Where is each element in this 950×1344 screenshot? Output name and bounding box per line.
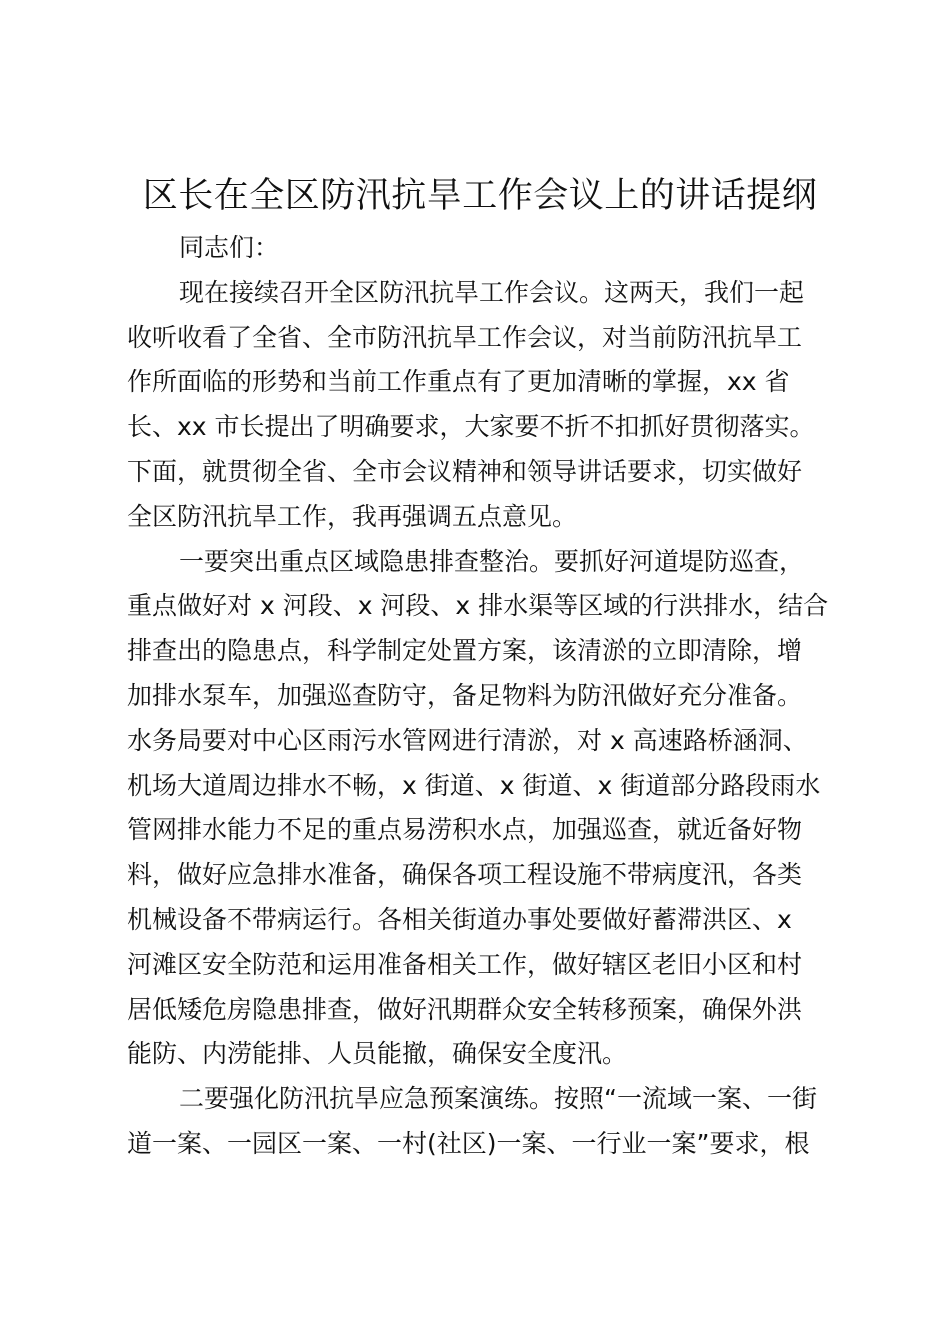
paragraph-point-one: 一要突出重点区域隐患排查整治。要抓好河道堤防巡查， 重点做好对 x 河段、x 河… xyxy=(127,540,833,1078)
text-line: 料，做好应急排水准备，确保各项工程设施不带病度汛，各类 xyxy=(127,853,833,898)
text-line: 现在接续召开全区防汛抗旱工作会议。这两天，我们一起 xyxy=(127,271,833,316)
text-line: 水务局要对中心区雨污水管网进行清淤，对 x 高速路桥涵洞、 xyxy=(127,719,833,764)
text-line: 二要强化防汛抗旱应急预案演练。按照“一流域一案、一街 xyxy=(127,1077,833,1122)
paragraph-intro: 现在接续召开全区防汛抗旱工作会议。这两天，我们一起 收听收看了全省、全市防汛抗旱… xyxy=(127,271,833,540)
text-line: 机械设备不带病运行。各相关街道办事处要做好蓄滞洪区、x xyxy=(127,898,833,943)
document-body: 同志们： 现在接续召开全区防汛抗旱工作会议。这两天，我们一起 收听收看了全省、全… xyxy=(127,226,833,1167)
text-line: 长、xx 市长提出了明确要求，大家要不折不扣抓好贯彻落实。 xyxy=(127,405,833,450)
document-title: 区长在全区防汛抗旱工作会议上的讲话提纲 xyxy=(120,172,840,220)
text-line: 收听收看了全省、全市防汛抗旱工作会议，对当前防汛抗旱工 xyxy=(127,316,833,361)
salutation: 同志们： xyxy=(127,226,833,271)
text-line: 机场大道周边排水不畅，x 街道、x 街道、x 街道部分路段雨水 xyxy=(127,764,833,809)
text-line: 全区防汛抗旱工作，我再强调五点意见。 xyxy=(127,495,833,540)
text-line: 居低矮危房隐患排查，做好汛期群众安全转移预案，确保外洪 xyxy=(127,988,833,1033)
text-line: 作所面临的形势和当前工作重点有了更加清晰的掌握，xx 省 xyxy=(127,360,833,405)
document-page: 区长在全区防汛抗旱工作会议上的讲话提纲 同志们： 现在接续召开全区防汛抗旱工作会… xyxy=(0,0,950,1344)
text-line: 排查出的隐患点，科学制定处置方案，该清淤的立即清除，增 xyxy=(127,629,833,674)
text-line: 下面，就贯彻全省、全市会议精神和领导讲话要求，切实做好 xyxy=(127,450,833,495)
paragraph-point-two: 二要强化防汛抗旱应急预案演练。按照“一流域一案、一街 道一案、一园区一案、一村(… xyxy=(127,1077,833,1167)
text-line: 重点做好对 x 河段、x 河段、x 排水渠等区域的行洪排水，结合 xyxy=(127,584,833,629)
text-line: 河滩区安全防范和运用准备相关工作，做好辖区老旧小区和村 xyxy=(127,943,833,988)
text-line: 一要突出重点区域隐患排查整治。要抓好河道堤防巡查， xyxy=(127,540,833,585)
text-line: 道一案、一园区一案、一村(社区)一案、一行业一案”要求，根 xyxy=(127,1122,833,1167)
text-line: 加排水泵车，加强巡查防守，备足物料为防汛做好充分准备。 xyxy=(127,674,833,719)
text-line: 管网排水能力不足的重点易涝积水点，加强巡查，就近备好物 xyxy=(127,808,833,853)
text-line: 能防、内涝能排、人员能撤，确保安全度汛。 xyxy=(127,1032,833,1077)
